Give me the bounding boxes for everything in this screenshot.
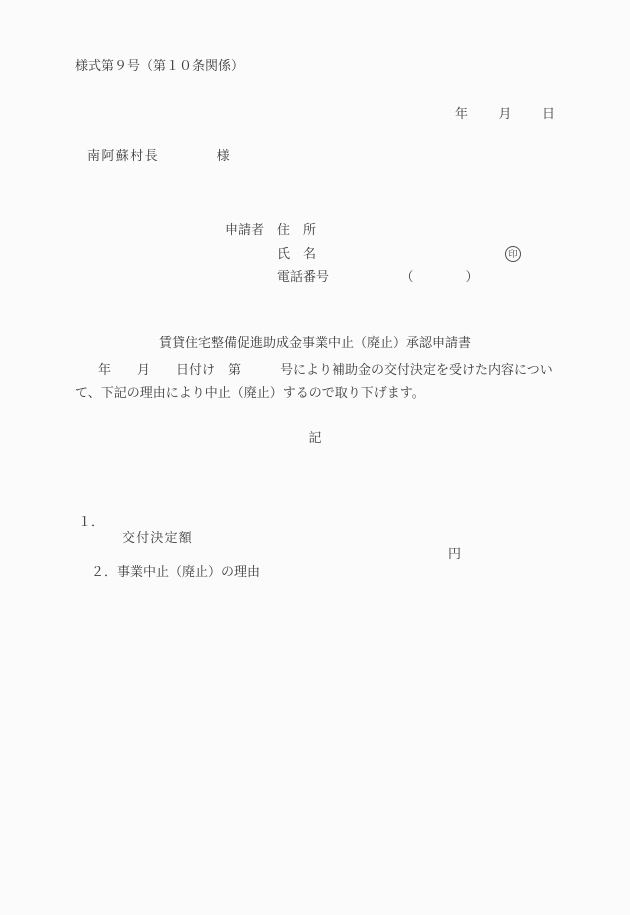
seal-character: 印: [506, 247, 520, 261]
addressee-line: 南阿蘇村長 様: [87, 148, 231, 164]
applicant-name-row: 氏 名: [277, 246, 316, 262]
body-paragraph-line-1: 年 月 日付け 第 号により補助金の交付決定を受けた内容につい: [98, 362, 553, 378]
item-cancellation-reason: ２．事業中止（廃止）の理由: [78, 548, 260, 596]
document-page: 様式第９号（第１０条関係） 年 月 日 南阿蘇村長 様 申請者 住 所 氏 名 …: [0, 0, 630, 915]
record-marker: 記: [0, 430, 630, 446]
item-2-label: 事業中止（廃止）の理由: [117, 564, 260, 579]
item-grant-amount: １． 交付決定額 円: [0, 498, 630, 514]
date-line: 年 月 日: [455, 106, 557, 122]
applicant-phone-row: 電話番号 （ ）: [277, 269, 479, 285]
item-2-number: ２．: [91, 564, 117, 579]
document-title: 賃貸住宅整備促進助成金事業中止（廃止）承認申請書: [0, 335, 630, 351]
form-number: 様式第９号（第１０条関係）: [75, 58, 244, 74]
item-1-currency-unit: 円: [448, 546, 461, 562]
seal-mark: 印: [505, 246, 521, 262]
body-paragraph-line-2: て、下記の理由により中止（廃止）するので取り下げます。: [75, 385, 425, 401]
item-1-number: １．: [78, 514, 104, 530]
item-1-label: 交付決定額: [122, 530, 193, 546]
applicant-address-row: 申請者 住 所: [225, 222, 316, 238]
